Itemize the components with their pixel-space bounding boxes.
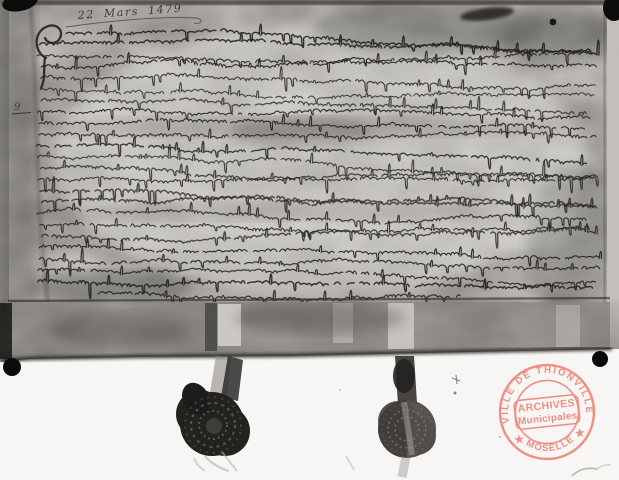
seal-tag-end-right	[402, 457, 406, 477]
stamp-star-right-icon: ★	[574, 427, 585, 440]
stamp-star-left-icon: ★	[514, 434, 525, 447]
document-scene: 22 Mars 1479 9	[0, 0, 619, 480]
archival-photo: 22 Mars 1479 9	[0, 0, 619, 480]
black-dot-right	[592, 351, 608, 367]
black-dot-left	[3, 358, 21, 376]
photo-grain	[0, 0, 619, 362]
